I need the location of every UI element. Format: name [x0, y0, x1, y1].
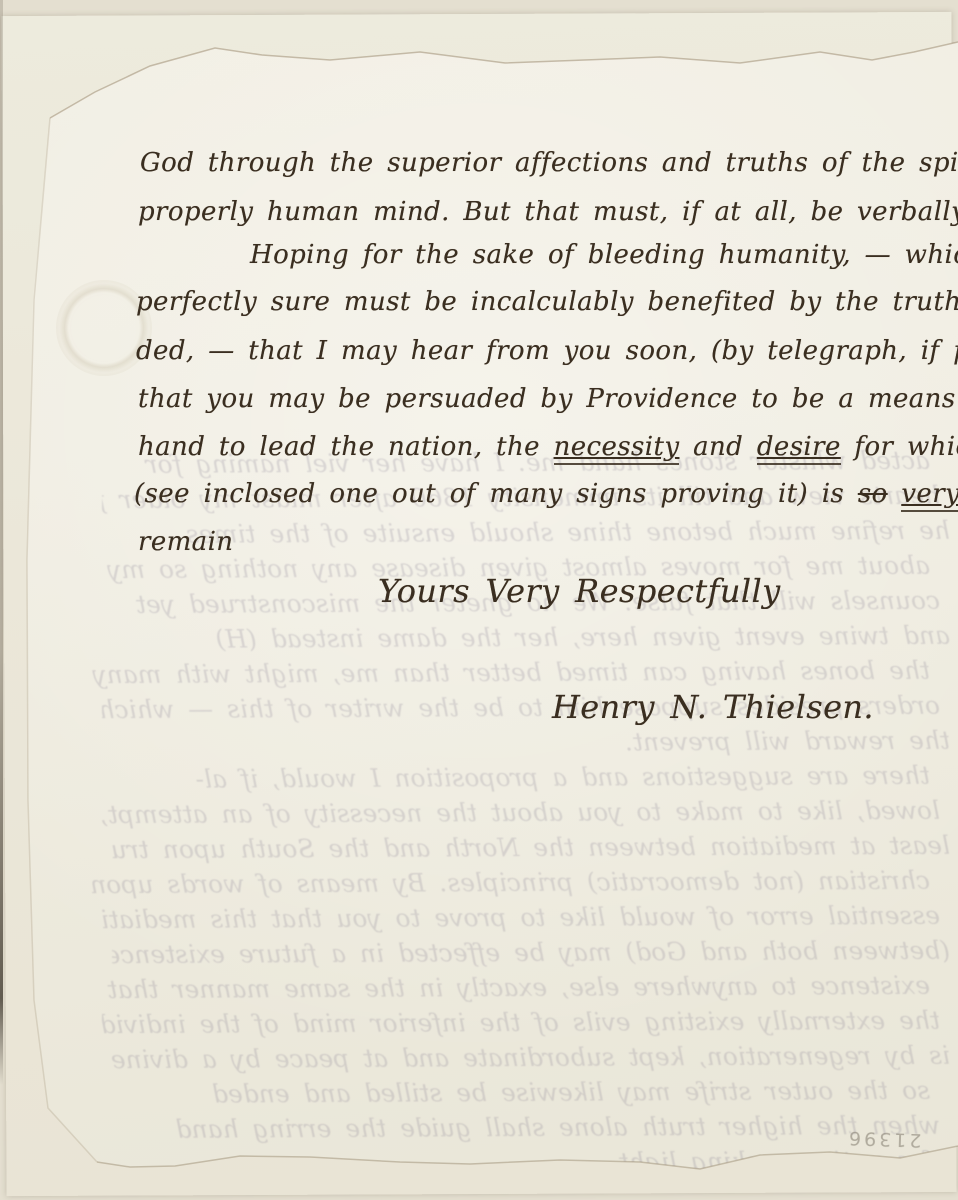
scan-background: acted whistor stones hand me. I have her…	[0, 0, 958, 1200]
page-edge	[0, 0, 958, 1200]
